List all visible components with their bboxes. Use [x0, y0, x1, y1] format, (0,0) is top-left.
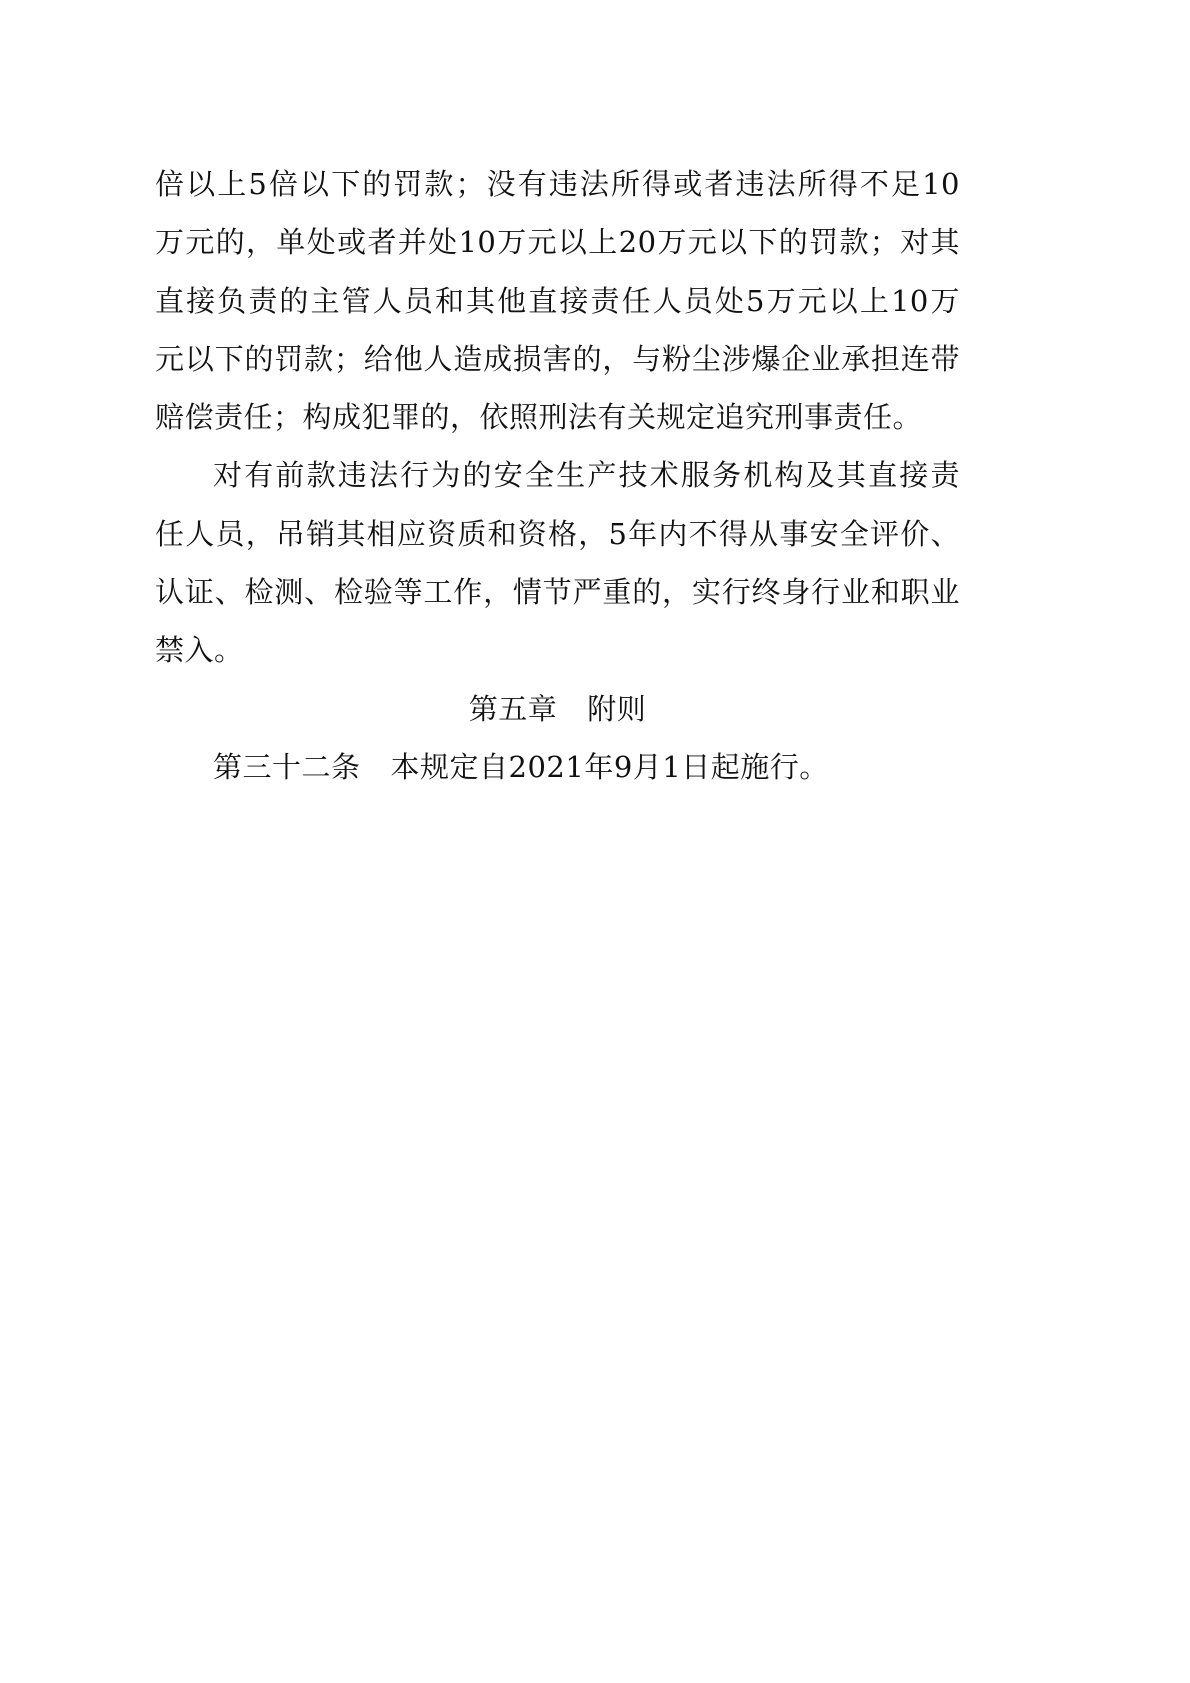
text-line: 认证、检测、检验等工作，情节严重的，实行终身行业和职业 — [155, 563, 960, 621]
article-32: 第三十二条本规定自2021年9月1日起施行。 — [155, 738, 960, 796]
text-line: 任人员，吊销其相应资质和资格，5年内不得从事安全评价、 — [155, 505, 960, 563]
text-line: 禁入。 — [155, 621, 960, 679]
chapter-title: 附则 — [587, 692, 646, 726]
text-line: 赔偿责任；构成犯罪的，依照刑法有关规定追究刑事责任。 — [155, 388, 960, 446]
text-line: 万元的，单处或者并处10万元以上20万元以下的罚款；对其 — [155, 213, 960, 271]
text-line: 元以下的罚款；给他人造成损害的，与粉尘涉爆企业承担连带 — [155, 330, 960, 388]
paragraph-service-agency: 对有前款违法行为的安全生产技术服务机构及其直接责 任人员，吊销其相应资质和资格，… — [155, 446, 960, 679]
article-number: 第三十二条 — [213, 750, 361, 784]
article-text: 本规定自2021年9月1日起施行。 — [391, 750, 829, 784]
text-line: 倍以上5倍以下的罚款；没有违法所得或者违法所得不足10 — [155, 155, 960, 213]
text-line: 直接负责的主管人员和其他直接责任人员处5万元以上10万 — [155, 272, 960, 330]
chapter-number: 第五章 — [469, 692, 558, 726]
paragraph-penalty-continuation: 倍以上5倍以下的罚款；没有违法所得或者违法所得不足10 万元的，单处或者并处10… — [155, 155, 960, 446]
chapter-heading: 第五章附则 — [155, 680, 960, 738]
document-page: 倍以上5倍以下的罚款；没有违法所得或者违法所得不足10 万元的，单处或者并处10… — [155, 155, 960, 796]
text-line: 对有前款违法行为的安全生产技术服务机构及其直接责 — [155, 446, 960, 504]
